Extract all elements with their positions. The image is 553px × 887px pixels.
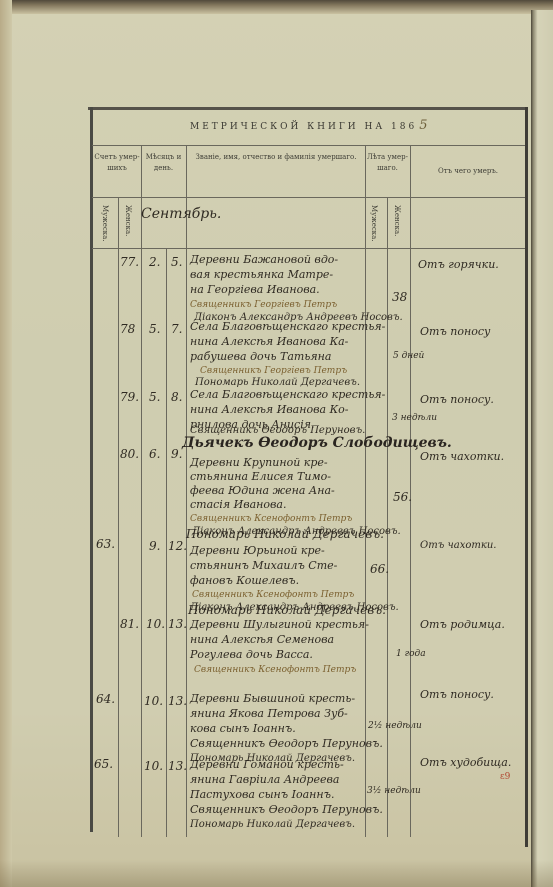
entry-cause: Отъ горячки.	[418, 258, 499, 271]
entry-text: стасія Иванова.	[190, 498, 287, 511]
entry-cause: Отъ чахотки.	[420, 450, 504, 463]
entry-female-no: 79.	[120, 390, 139, 404]
table-right-border	[525, 107, 528, 847]
entry-female-no: 81.	[120, 617, 139, 631]
col-line-age-male	[387, 197, 388, 837]
entry-text: феева Юдина жена Ана-	[190, 484, 335, 497]
page-top-edge	[0, 0, 553, 14]
month-heading: Сентябрь.	[141, 208, 221, 221]
red-mark: ɛ9	[500, 772, 510, 782]
document-page: МЕТРИЧЕСКОЙ КНИГИ НА 1865 Счетъ умер-ших…	[0, 0, 553, 887]
entry-clergy: Пономарь Николай Дергачевъ.	[190, 818, 355, 831]
entry-text: Села Благовѣщенскаго крестья-	[190, 320, 385, 333]
entry-month-day: 5.	[149, 390, 160, 404]
book-binding-edge	[531, 10, 553, 887]
entry-month-day: 10.	[144, 694, 163, 708]
register-title: МЕТРИЧЕСКОЙ КНИГИ НА 1865	[190, 118, 490, 133]
entry-text: фановъ Кошелевъ.	[190, 574, 299, 587]
title-year-handwritten: 5	[419, 118, 427, 133]
entry-month-day: 10.	[146, 617, 165, 631]
header-top-line	[92, 145, 525, 146]
page-left-edge	[0, 0, 12, 887]
entry-clergy: Священникъ Өеодоръ Перуновъ.	[190, 737, 383, 750]
entry-clergy: Священникъ Ксенофонтъ Петръ	[194, 664, 356, 677]
subheader-male: Мужеска.	[101, 205, 109, 242]
entry-age: 3½ недѣли	[367, 785, 421, 798]
entry-burial-day: 13.	[168, 617, 187, 631]
entry-male-no: 64.	[96, 692, 115, 706]
entry-cause: Отъ чахотки.	[420, 539, 496, 552]
header-name: Званіе, имя, отчество и фамилія умершаго…	[190, 152, 362, 163]
entry-text: вая крестьянка Матре-	[190, 268, 333, 281]
page-bottom-shadow	[0, 860, 553, 887]
col-line-burial	[186, 145, 187, 837]
entry-text: Рогулева дочь Васса.	[190, 648, 313, 661]
entry-burial-day: 13.	[168, 759, 187, 773]
col-line-male	[118, 197, 119, 837]
entry-age: 1 года	[396, 648, 426, 661]
entry-text: Деревни Юрьиной кре-	[190, 544, 325, 557]
subheader-bottom-line	[92, 248, 525, 249]
entry-text: Пастухова сынъ Іоаннъ.	[190, 788, 334, 801]
entry-text: на Георгіева Иванова.	[190, 283, 320, 296]
entry-male-no: 65.	[94, 757, 113, 771]
entry-burial-day: 5.	[171, 255, 182, 269]
entry-burial-day: 12.	[168, 539, 187, 553]
entry-burial-day: 7.	[171, 322, 182, 336]
subheader-age-male: Мужеска.	[370, 205, 378, 242]
entry-clergy: Священникъ Өеодоръ Перуновъ.	[190, 803, 383, 816]
entry-text: Села Благовѣщенскаго крестья-	[190, 388, 385, 401]
entry-age: 38	[392, 290, 407, 304]
header-month-day: Мѣсяцъ и день.	[142, 152, 185, 174]
table-left-border	[90, 107, 93, 832]
col-line-day	[166, 248, 167, 837]
entry-text: Деревни Крупиной кре-	[190, 456, 328, 469]
header-bottom-line	[92, 197, 525, 198]
entry-age: 2½ недѣли	[368, 720, 422, 733]
entry-text: нина Алексѣя Иванова Ка-	[190, 335, 348, 348]
entry-cause: Отъ худобища.	[420, 756, 511, 769]
header-cause: Отъ чего умеръ.	[412, 166, 524, 177]
entry-text: Деревни Шулыгиной крестья-	[190, 618, 369, 631]
entry-text: стьянинъ Михаилъ Сте-	[190, 559, 337, 572]
entry-month-day: 9.	[149, 539, 160, 553]
entry-month-day: 10.	[144, 759, 163, 773]
entry-text: стьянина Елисея Тимо-	[190, 470, 331, 483]
header-count-deceased: Счетъ умер-шихъ	[94, 152, 140, 174]
col-line-name	[365, 145, 366, 837]
col-line-female	[141, 145, 142, 837]
entry-month-day: 6.	[149, 447, 160, 461]
entry-age: 66.	[370, 562, 389, 576]
entry-cause: Отъ родимца.	[420, 618, 505, 631]
entry-female-no: 80.	[120, 447, 139, 461]
entry-text: нина Алексѣя Семенова	[190, 633, 334, 646]
entry-text: рабушева дочь Татьяна	[190, 350, 331, 363]
entry-female-no: 78	[120, 322, 135, 336]
entry-text: Пономарь Николай Дергачевъ.	[186, 528, 384, 541]
entry-male-no: 63.	[96, 537, 115, 551]
entry-cause: Отъ поносу.	[420, 393, 494, 406]
entry-text: янина Гавріила Андреева	[190, 773, 339, 786]
entry-age: 3 недѣли	[392, 412, 437, 425]
entry-text: Деревни Бажановой вдо-	[190, 253, 338, 266]
subheader-age-female: Женска.	[393, 205, 401, 236]
entry-cause: Отъ поносу.	[420, 688, 494, 701]
entry-text: янина Якова Петрова Зуб-	[190, 707, 348, 720]
entry-cause: Отъ поносу	[420, 325, 490, 338]
entry-month-day: 5.	[149, 322, 160, 336]
entry-month-day: 2.	[149, 255, 160, 269]
entry-text: Деревни Бывшиной кресть-	[190, 692, 355, 705]
entry-burial-day: 8.	[171, 390, 182, 404]
entry-age: 5 дней	[393, 350, 424, 363]
entry-burial-day: 13.	[168, 694, 187, 708]
entry-text: Пономарь Николай Дергачевъ.	[188, 604, 386, 617]
entry-female-no: 77.	[120, 255, 139, 269]
header-age: Лѣта умер-шаго.	[366, 152, 409, 174]
entry-burial-day: 9.	[171, 447, 182, 461]
title-printed: МЕТРИЧЕСКОЙ КНИГИ НА 186	[190, 122, 417, 132]
entry-text: Деревни Гоманой кресть-	[190, 758, 344, 771]
subheader-female: Женска.	[124, 205, 132, 236]
entry-text: кова сынъ Іоаннъ.	[190, 722, 296, 735]
entry-text: нина Алексѣя Иванова Ко-	[190, 403, 348, 416]
entry-clergy-large: Дьячекъ Өеодоръ Слободищевъ.	[182, 437, 452, 450]
entry-age: 56.	[393, 490, 412, 504]
